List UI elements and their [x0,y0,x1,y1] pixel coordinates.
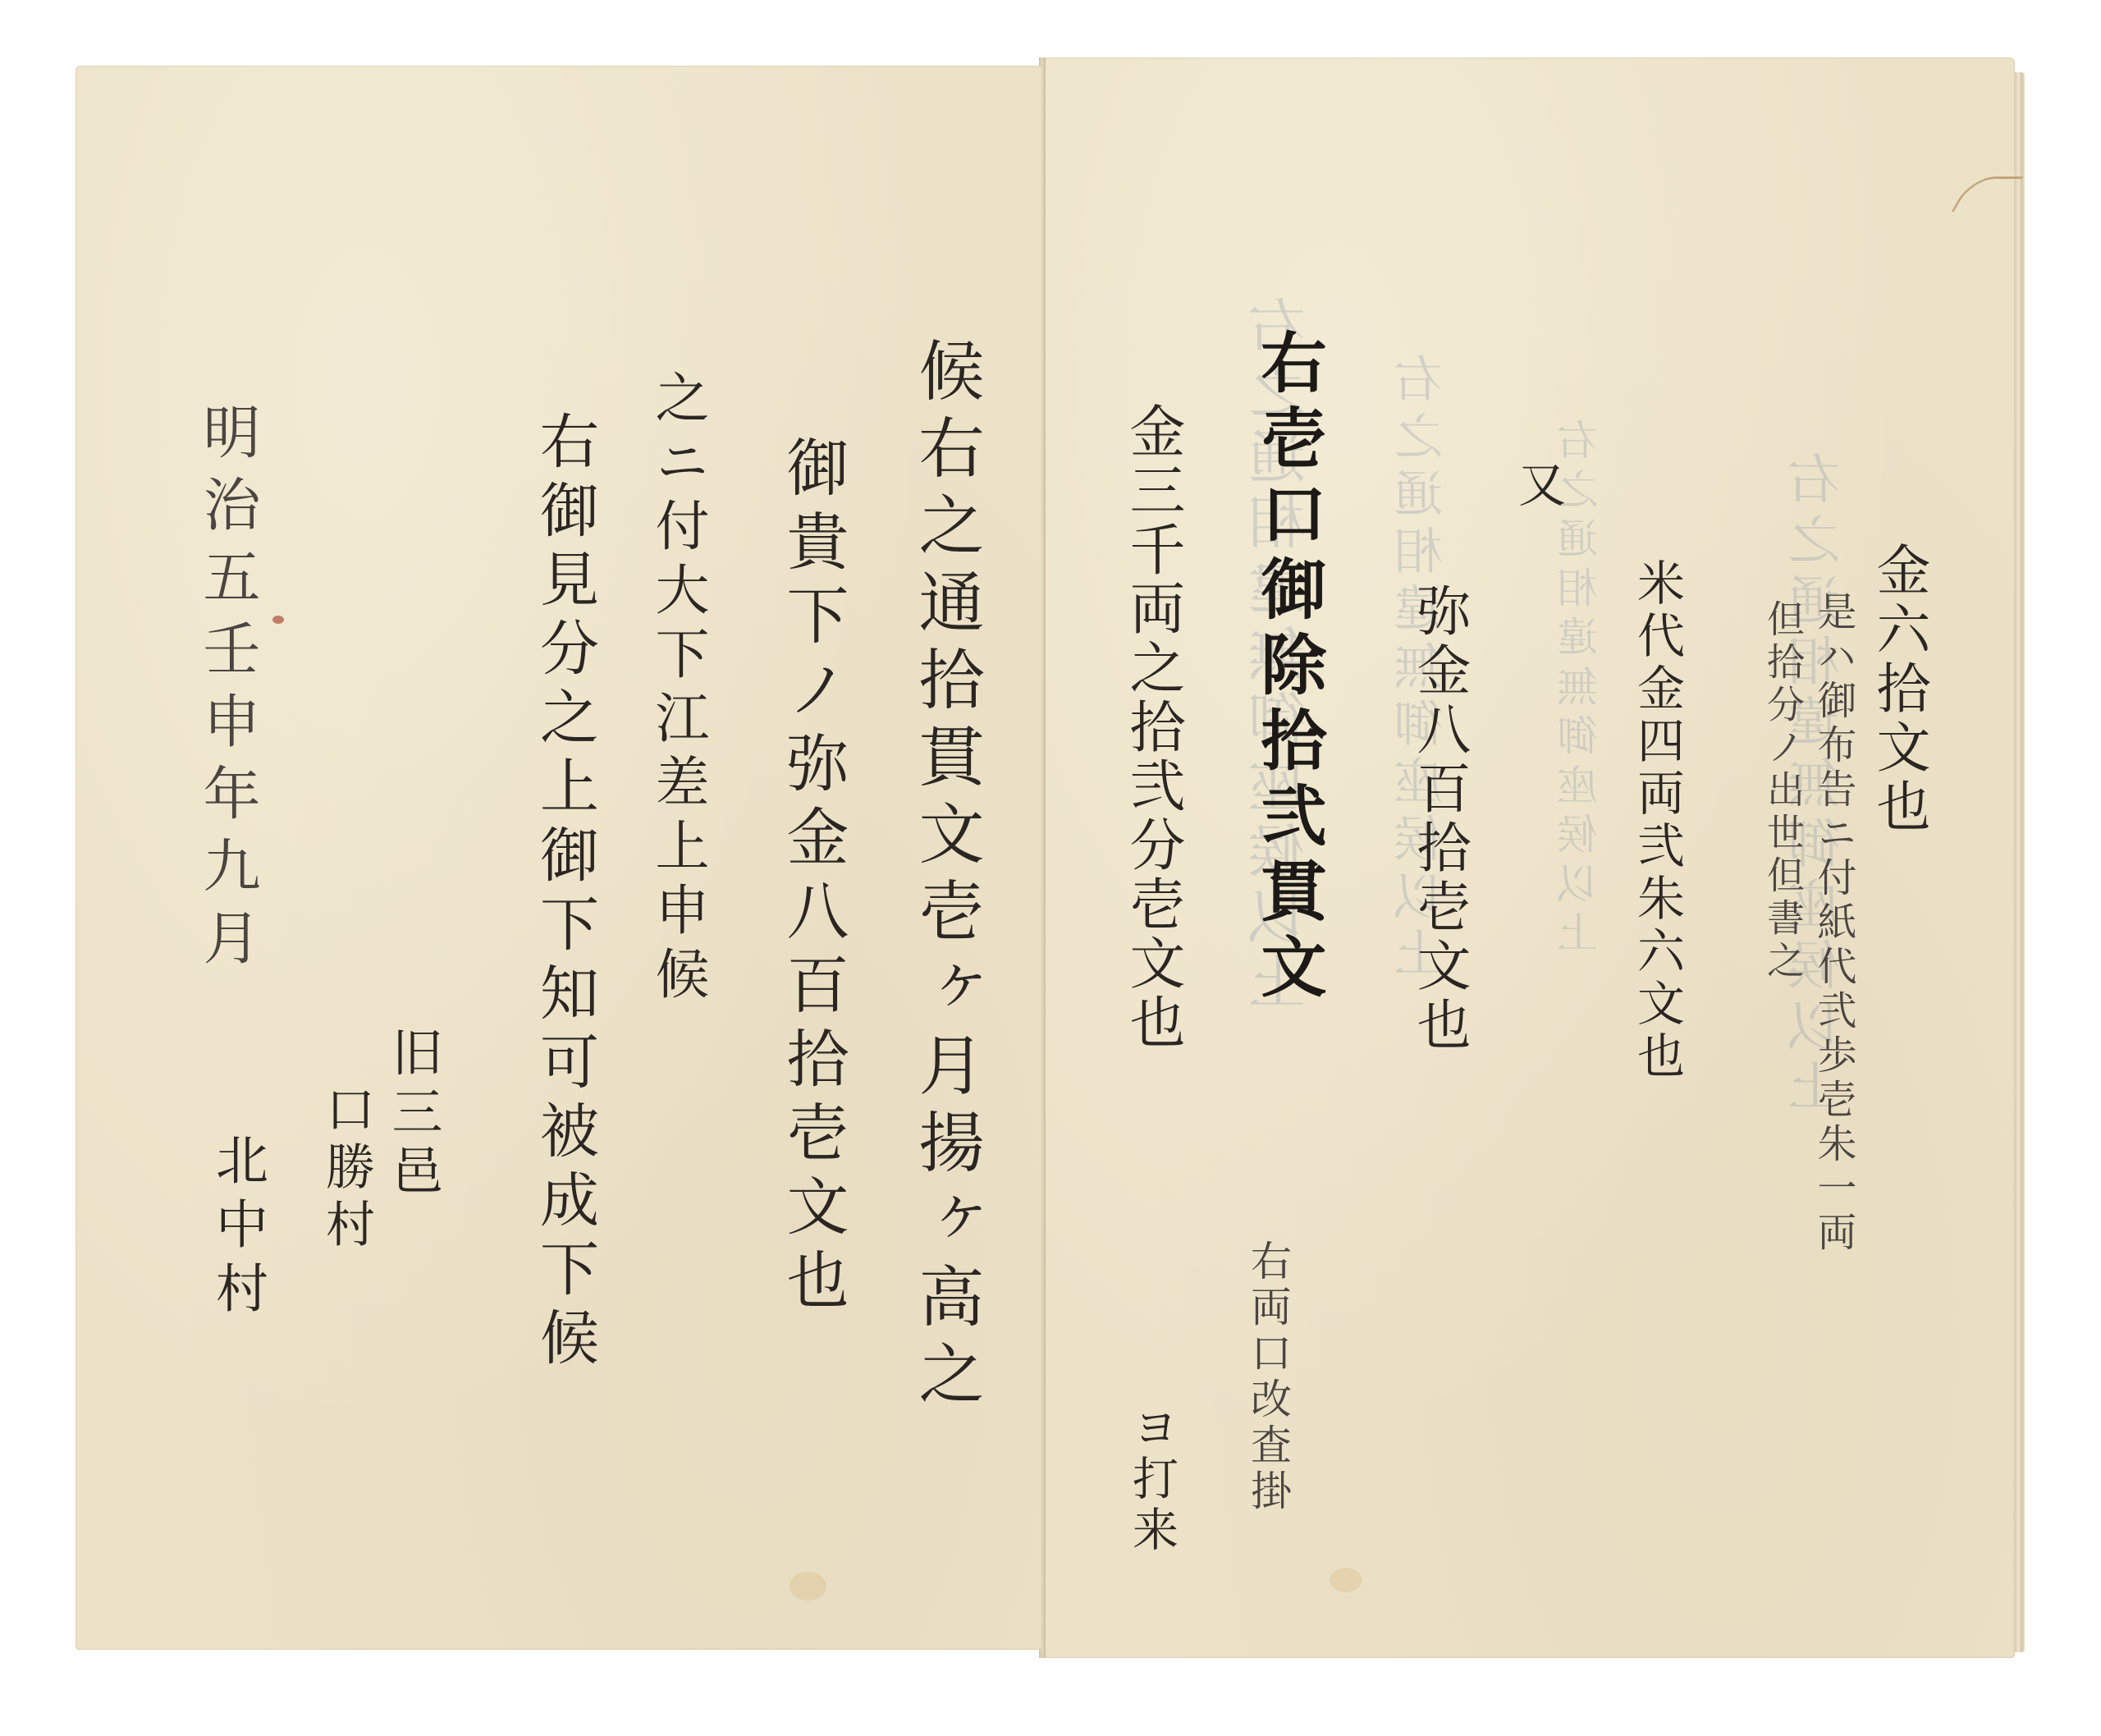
column-r4: 米代金四両弐朱六文也 [1633,558,1681,1083]
signature-line-3: 北中村 [211,1133,263,1325]
signature-line-2: 口勝村 [322,1083,371,1256]
column-r1: 金六拾文也 [1871,542,1925,837]
column-r7: 右壱口御除拾弐貫文 [1256,328,1321,1008]
column-l3: 御貴下ノ弥金八百拾壱文也 [781,435,844,1321]
date-column: 明治五壬申年九月 [199,402,256,980]
paper-stain [790,1572,826,1601]
paper-stain [1330,1568,1362,1592]
column-r5: 又 [1514,460,1562,512]
red-ink-mark [272,616,284,624]
paper-fiber [1952,176,2024,212]
bleed-through-text-3: 右之通相違無御座候以上 [1551,419,1610,1404]
column-r6: 弥金八百拾壱文也 [1412,583,1466,1056]
column-l5: 右御見分之上御下知可被成下候 [535,410,594,1376]
column-r2: 是ハ御布告ニ付紙代弐歩壱朱一両 [1814,591,1853,1256]
column-r3: 但拾分ノ出世但書之 [1765,599,1802,983]
page-edge-stack [2015,72,2025,1652]
left-page: 候右之通拾貫文壱ヶ月揚ヶ高之 御貴下ノ弥金八百拾壱文也 之ニ付大下江差上申候 右… [76,66,1042,1650]
column-r9: 右両口改査掛 [1247,1239,1289,1515]
column-l4: 之ニ付大下江差上申候 [650,369,704,1010]
right-page: 右之通相違無御座候以上 右之通相違無御座候以上 右之通相違無御座候以上 右之通相… [1042,57,2015,1658]
column-l1: 候右之通拾貫文壱ヶ月揚ヶ高之 [913,337,978,1417]
column-r8: 金三千両之拾弐分壱文也 [1124,402,1180,1052]
signature-line-1: 旧三邑 [387,1026,438,1203]
column-r10: ヨ打来 [1128,1404,1174,1556]
